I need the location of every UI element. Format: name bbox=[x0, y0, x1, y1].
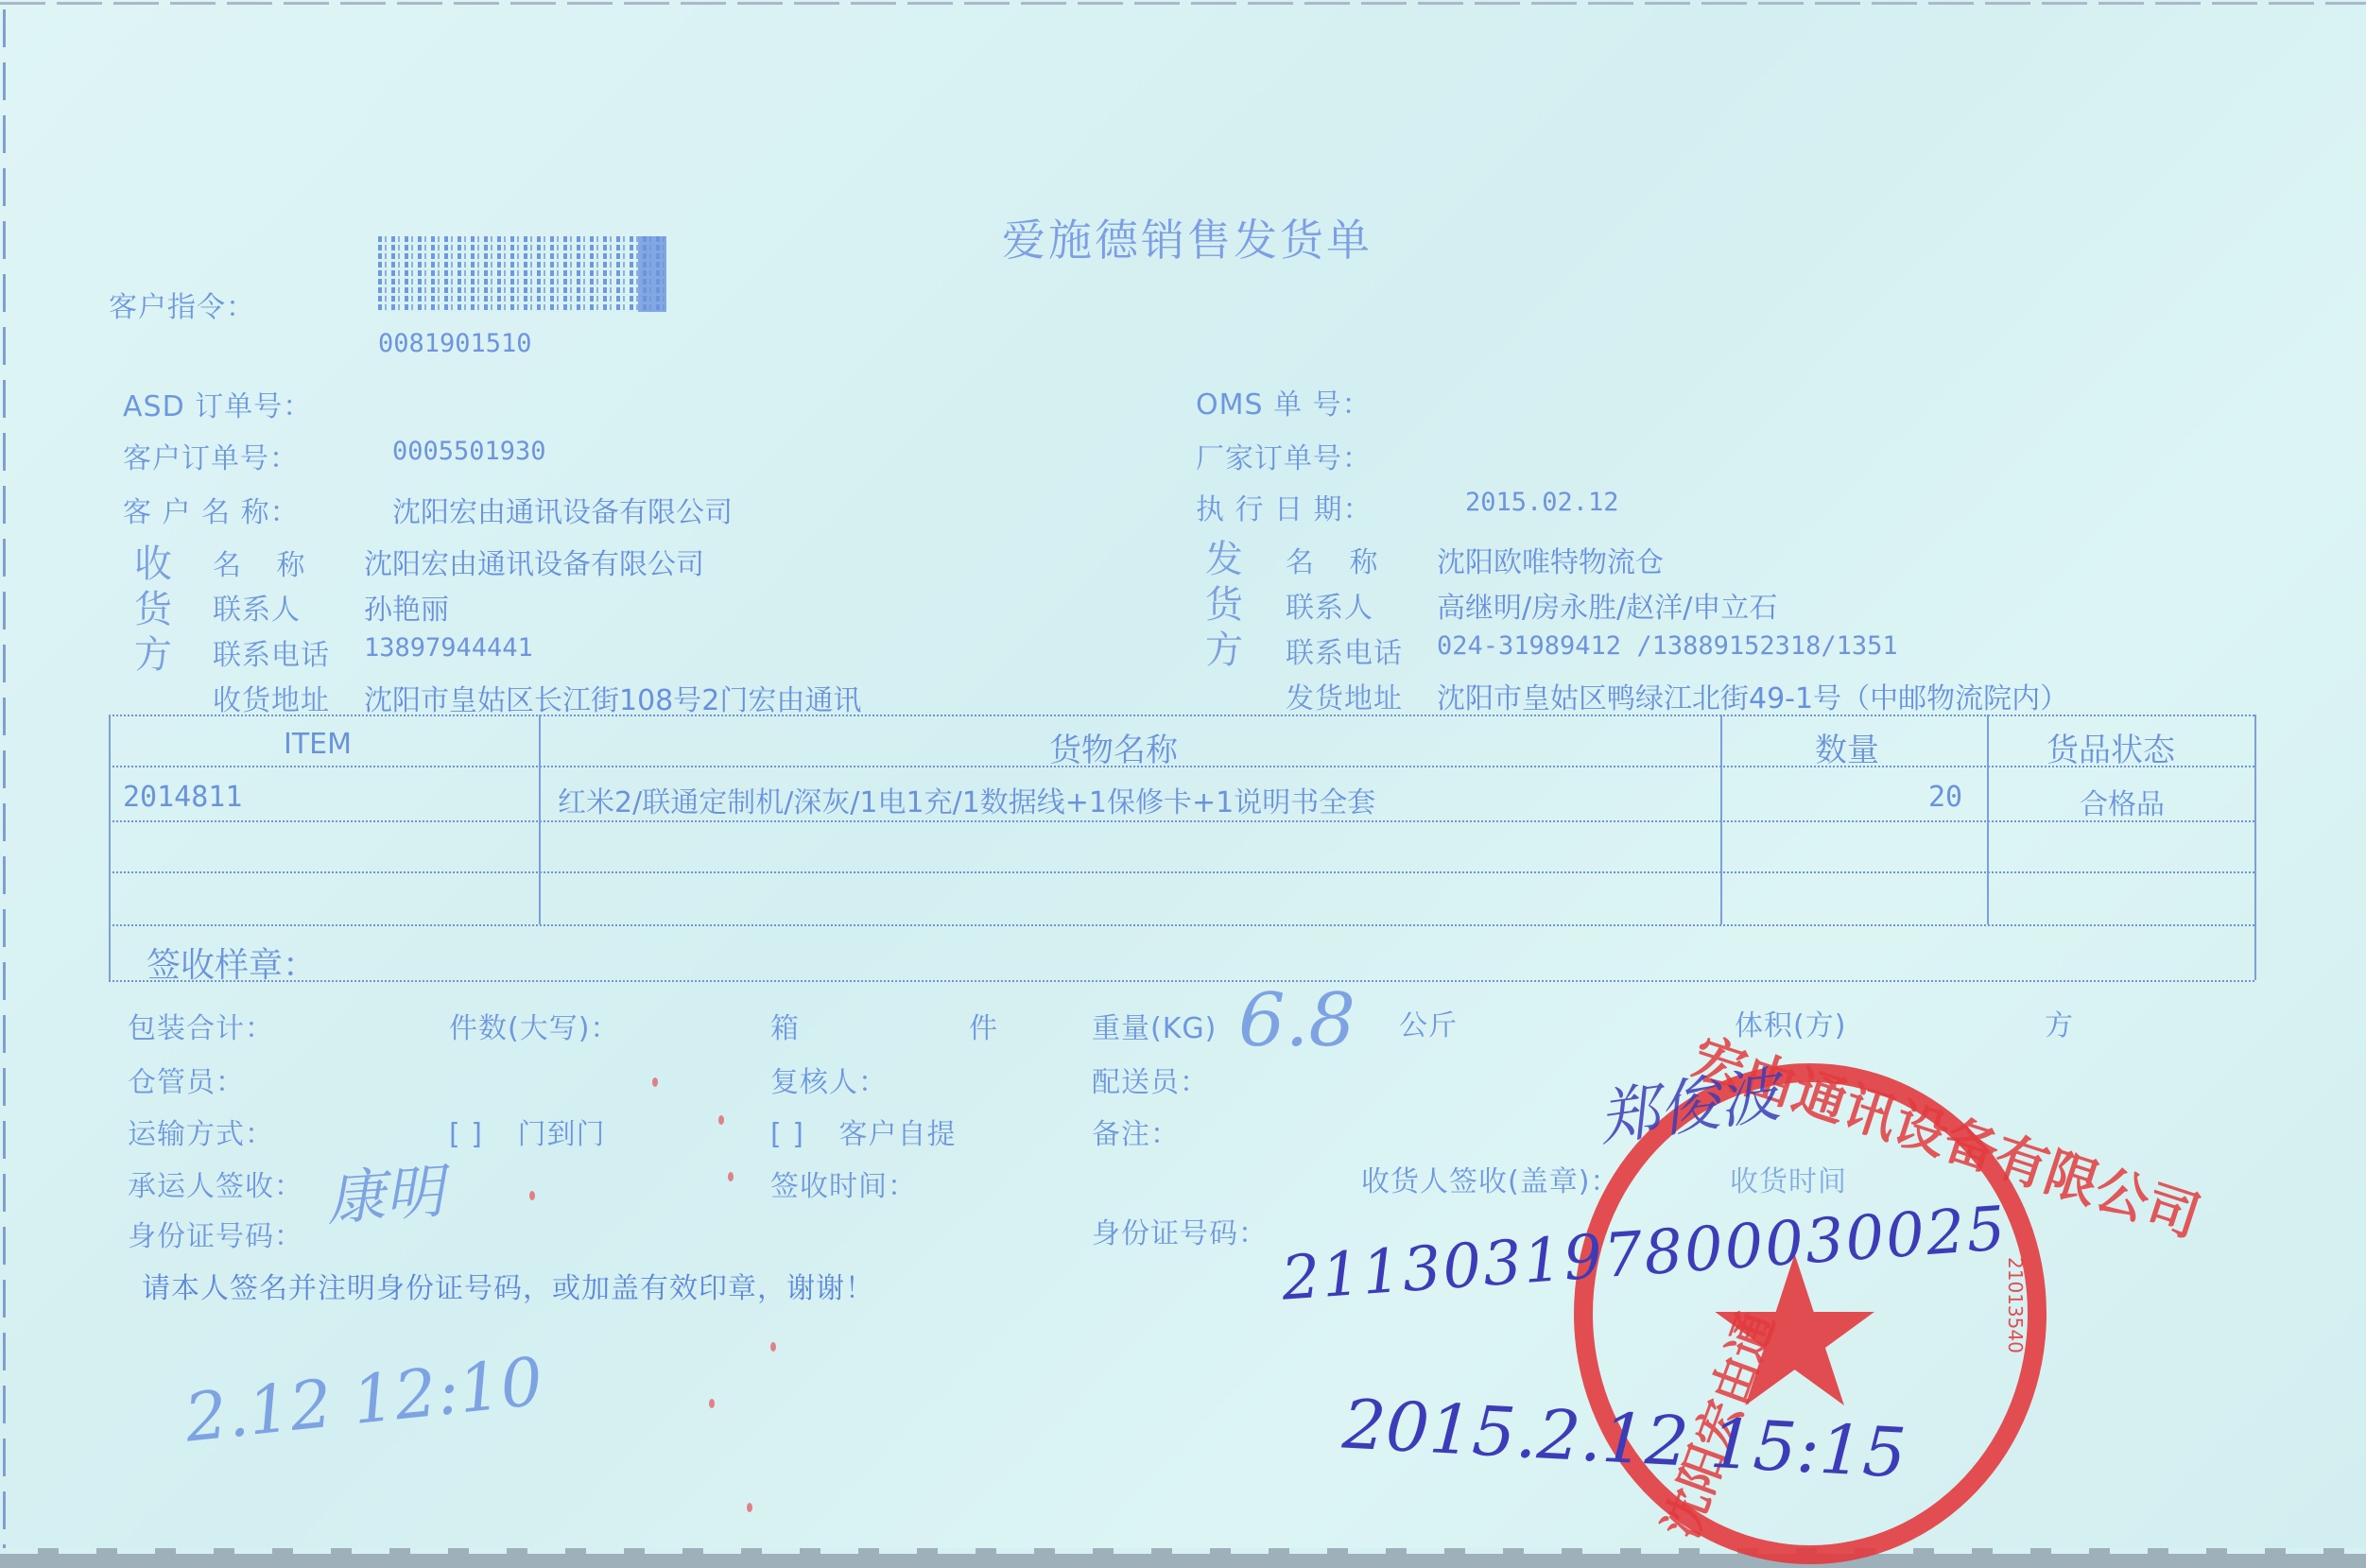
ink-speck bbox=[709, 1399, 715, 1408]
package-total-label: 包装合计： bbox=[128, 1005, 274, 1046]
carrier-signature: 康明 bbox=[323, 1145, 446, 1236]
customer-name-value: 沈阳宏由通讯设备有限公司 bbox=[392, 489, 733, 530]
carrier-id-label: 身份证号码： bbox=[128, 1213, 303, 1254]
notice-text: 请本人签名并注明身份证号码，或加盖有效印章，谢谢！ bbox=[142, 1265, 874, 1306]
execution-date-value: 2015.02.12 bbox=[1465, 488, 1619, 517]
consignee-contact-label: 联系人 bbox=[213, 586, 301, 628]
oms-no-label: OMS 单 号： bbox=[1196, 381, 1372, 422]
receiver-sign-label: 收货人签收(盖章)： bbox=[1361, 1158, 1619, 1199]
table-header-divider bbox=[109, 766, 2254, 767]
box-unit: 箱 bbox=[770, 1005, 800, 1046]
row-item: 2014811 bbox=[123, 781, 242, 814]
checkbox-self-pickup[interactable]: [ ] bbox=[770, 1118, 804, 1151]
shipper-phone-value: 024-31989412 /13889152318/1351 bbox=[1437, 631, 1898, 661]
option-label-self-pickup: 客户自提 bbox=[839, 1118, 957, 1151]
shipper-phone-label: 联系电话 bbox=[1286, 629, 1403, 671]
row-goods-name: 红米2/联通定制机/深灰/1电1充/1数据线+1保修卡+1说明书全套 bbox=[558, 779, 1375, 820]
customer-name-label: 客 户 名 称： bbox=[123, 489, 300, 530]
shipper-contact-label: 联系人 bbox=[1286, 584, 1373, 626]
table-row-divider bbox=[109, 871, 2254, 873]
seal-number: 21013540 bbox=[2004, 1257, 2027, 1353]
sign-sample-label: 签收样章： bbox=[147, 939, 317, 987]
execution-date-label: 执 行 日 期： bbox=[1196, 486, 1373, 527]
shipper-address-label: 发货地址 bbox=[1286, 675, 1403, 716]
ink-speck bbox=[770, 1342, 776, 1352]
customer-order-label: 客户订单号： bbox=[123, 435, 299, 476]
ink-speck bbox=[529, 1191, 535, 1200]
document-title: 爱施德销售发货单 bbox=[1002, 206, 1373, 268]
table-header-quantity: 数量 bbox=[1815, 724, 1879, 770]
ink-speck bbox=[728, 1172, 734, 1181]
transport-option-self-pickup[interactable]: [ ] 客户自提 bbox=[770, 1111, 957, 1152]
perforation-bottom bbox=[0, 1548, 2366, 1568]
shipper-name-label: 名 称 bbox=[1286, 539, 1391, 580]
weight-label: 重量(KG) bbox=[1092, 1005, 1217, 1046]
transport-method-label: 运输方式： bbox=[128, 1111, 274, 1152]
transport-option-door-to-door[interactable]: [ ] 门到门 bbox=[449, 1111, 606, 1152]
ink-speck bbox=[747, 1503, 752, 1512]
ink-speck bbox=[718, 1115, 724, 1125]
perforation-top bbox=[0, 2, 2366, 5]
table-header-goods-name: 货物名称 bbox=[1049, 724, 1178, 770]
table-border-top bbox=[109, 715, 2254, 716]
table-header-status: 货品状态 bbox=[2047, 724, 2175, 770]
receiver-id-label: 身份证号码： bbox=[1092, 1210, 1268, 1251]
warehouse-keeper-label: 仓管员： bbox=[128, 1059, 245, 1100]
table-col-divider bbox=[539, 715, 541, 924]
consignee-phone-value: 13897944441 bbox=[364, 633, 533, 663]
carrier-sign-label: 承运人签收： bbox=[128, 1163, 303, 1204]
customer-instruction-label: 客户指令： bbox=[109, 284, 255, 325]
shipper-address-value: 沈阳市皇姑区鸭绿江北街49-1号（中邮物流院内） bbox=[1437, 675, 2068, 716]
sign-time-label: 签收时间： bbox=[770, 1163, 917, 1204]
weight-handwritten-value: 6.8 bbox=[1238, 978, 1356, 1063]
consignee-address-label: 收货地址 bbox=[213, 677, 330, 718]
factory-order-label: 厂家订单号： bbox=[1196, 435, 1372, 476]
piece-unit: 件 bbox=[969, 1005, 998, 1046]
consignee-address-value: 沈阳市皇姑区长江街108号2门宏由通讯 bbox=[364, 677, 861, 718]
row-quantity: 20 bbox=[1928, 781, 1962, 814]
consignee-name-label: 名 称 bbox=[213, 542, 319, 583]
table-col-divider bbox=[1720, 715, 1722, 924]
table-row-divider bbox=[109, 820, 2254, 822]
weight-unit: 公斤 bbox=[1399, 1002, 1458, 1043]
consignee-name-value: 沈阳宏由通讯设备有限公司 bbox=[364, 541, 704, 582]
consignee-side-char-3: 方 bbox=[134, 625, 172, 679]
option-label-door-to-door: 门到门 bbox=[518, 1118, 606, 1151]
reviewer-label: 复核人： bbox=[770, 1059, 888, 1100]
pieces-uppercase-label: 件数(大写)： bbox=[449, 1005, 619, 1046]
volume-unit: 方 bbox=[2045, 1002, 2074, 1043]
shipper-contact-value: 高继明/房永胜/赵洋/申立石 bbox=[1437, 584, 1777, 626]
checkbox-door-to-door[interactable]: [ ] bbox=[449, 1118, 483, 1151]
consignee-phone-label: 联系电话 bbox=[213, 631, 330, 673]
table-border-right bbox=[2254, 715, 2256, 980]
row-status: 合格品 bbox=[2080, 781, 2165, 822]
shipper-side-char-3: 方 bbox=[1205, 620, 1243, 674]
customer-order-value: 0005501930 bbox=[392, 437, 546, 466]
table-header-item: ITEM bbox=[284, 728, 352, 761]
consignee-contact-value: 孙艳丽 bbox=[364, 586, 449, 628]
remarks-label: 备注： bbox=[1092, 1111, 1180, 1152]
ink-speck bbox=[652, 1077, 658, 1087]
perforation-left bbox=[3, 9, 6, 1559]
shipper-name-value: 沈阳欧唯特物流仓 bbox=[1437, 539, 1664, 580]
table-border-bottom bbox=[109, 980, 2254, 982]
deliverer-label: 配送员： bbox=[1092, 1059, 1209, 1100]
asd-order-label: ASD 订单号： bbox=[123, 383, 312, 424]
barcode-icon bbox=[378, 236, 666, 312]
table-border-left bbox=[109, 715, 111, 980]
table-col-divider bbox=[1987, 715, 1989, 924]
customer-instruction-value: 0081901510 bbox=[378, 329, 532, 358]
table-row-divider bbox=[109, 924, 2254, 926]
